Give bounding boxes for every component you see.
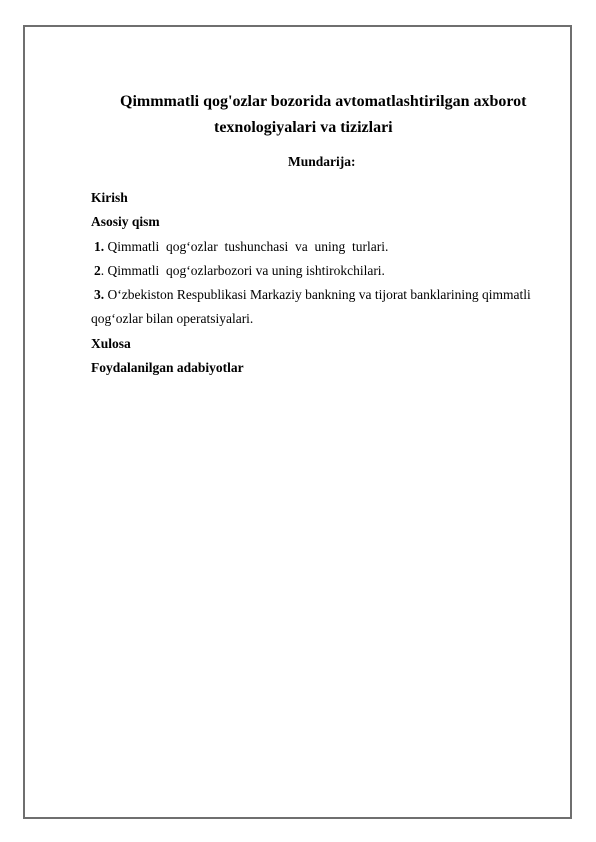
table-of-contents-heading: Mundarija: bbox=[288, 153, 356, 171]
toc-item-number: 3. bbox=[94, 287, 104, 302]
document-title-line-1: Qimmmatli qog'ozlar bozorida avtomatlash… bbox=[120, 89, 527, 115]
toc-item-number: 1. bbox=[94, 239, 104, 254]
toc-entry-item-2: 2. Qimmatli qogʻozlarbozori va uning ish… bbox=[91, 259, 561, 283]
toc-item-number: 2 bbox=[94, 263, 101, 278]
toc-entry-conclusion: Xulosa bbox=[91, 332, 561, 356]
toc-entry-item-1: 1. Qimmatli qogʻozlar tushunchasi va uni… bbox=[91, 235, 561, 259]
toc-item-text: . Qimmatli qogʻozlarbozori va uning isht… bbox=[101, 263, 385, 278]
toc-entry-item-3-continuation: qogʻozlar bilan operatsiyalari. bbox=[91, 307, 561, 331]
document-title-line-2: texnologiyalari va tizizlari bbox=[214, 115, 393, 141]
page-border-frame bbox=[23, 25, 572, 819]
toc-entry-item-3: 3. Oʻzbekiston Respublikasi Markaziy ban… bbox=[91, 283, 561, 307]
toc-entry-references: Foydalanilgan adabiyotlar bbox=[91, 356, 561, 380]
toc-item-text: Qimmatli qogʻozlar tushunchasi va uning … bbox=[104, 239, 388, 254]
toc-item-text: Oʻzbekiston Respublikasi Markaziy bankni… bbox=[104, 287, 531, 302]
toc-entry-main-part: Asosiy qism bbox=[91, 210, 561, 234]
toc-entry-intro: Kirish bbox=[91, 186, 561, 210]
table-of-contents: Kirish Asosiy qism 1. Qimmatli qogʻozlar… bbox=[91, 186, 561, 380]
